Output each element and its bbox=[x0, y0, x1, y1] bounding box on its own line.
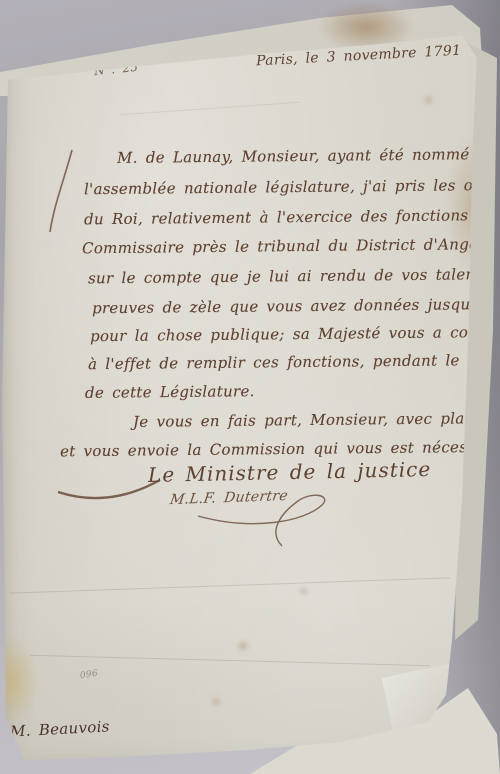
letter-line: de cette Législature. bbox=[85, 382, 255, 402]
letter-sheet: N°. 25 Paris, le 3 novembre 1791 M. de L… bbox=[0, 0, 500, 774]
letter-line: Je vous en fais part, Monsieur, avec pla… bbox=[133, 409, 494, 431]
foxing-spot bbox=[300, 588, 307, 594]
foxing-spot bbox=[424, 96, 433, 104]
foxing-spot bbox=[238, 642, 248, 650]
letter-line: M. de Launay, Monsieur, ayant été nommé … bbox=[117, 145, 487, 167]
foxing-spot bbox=[212, 698, 220, 705]
